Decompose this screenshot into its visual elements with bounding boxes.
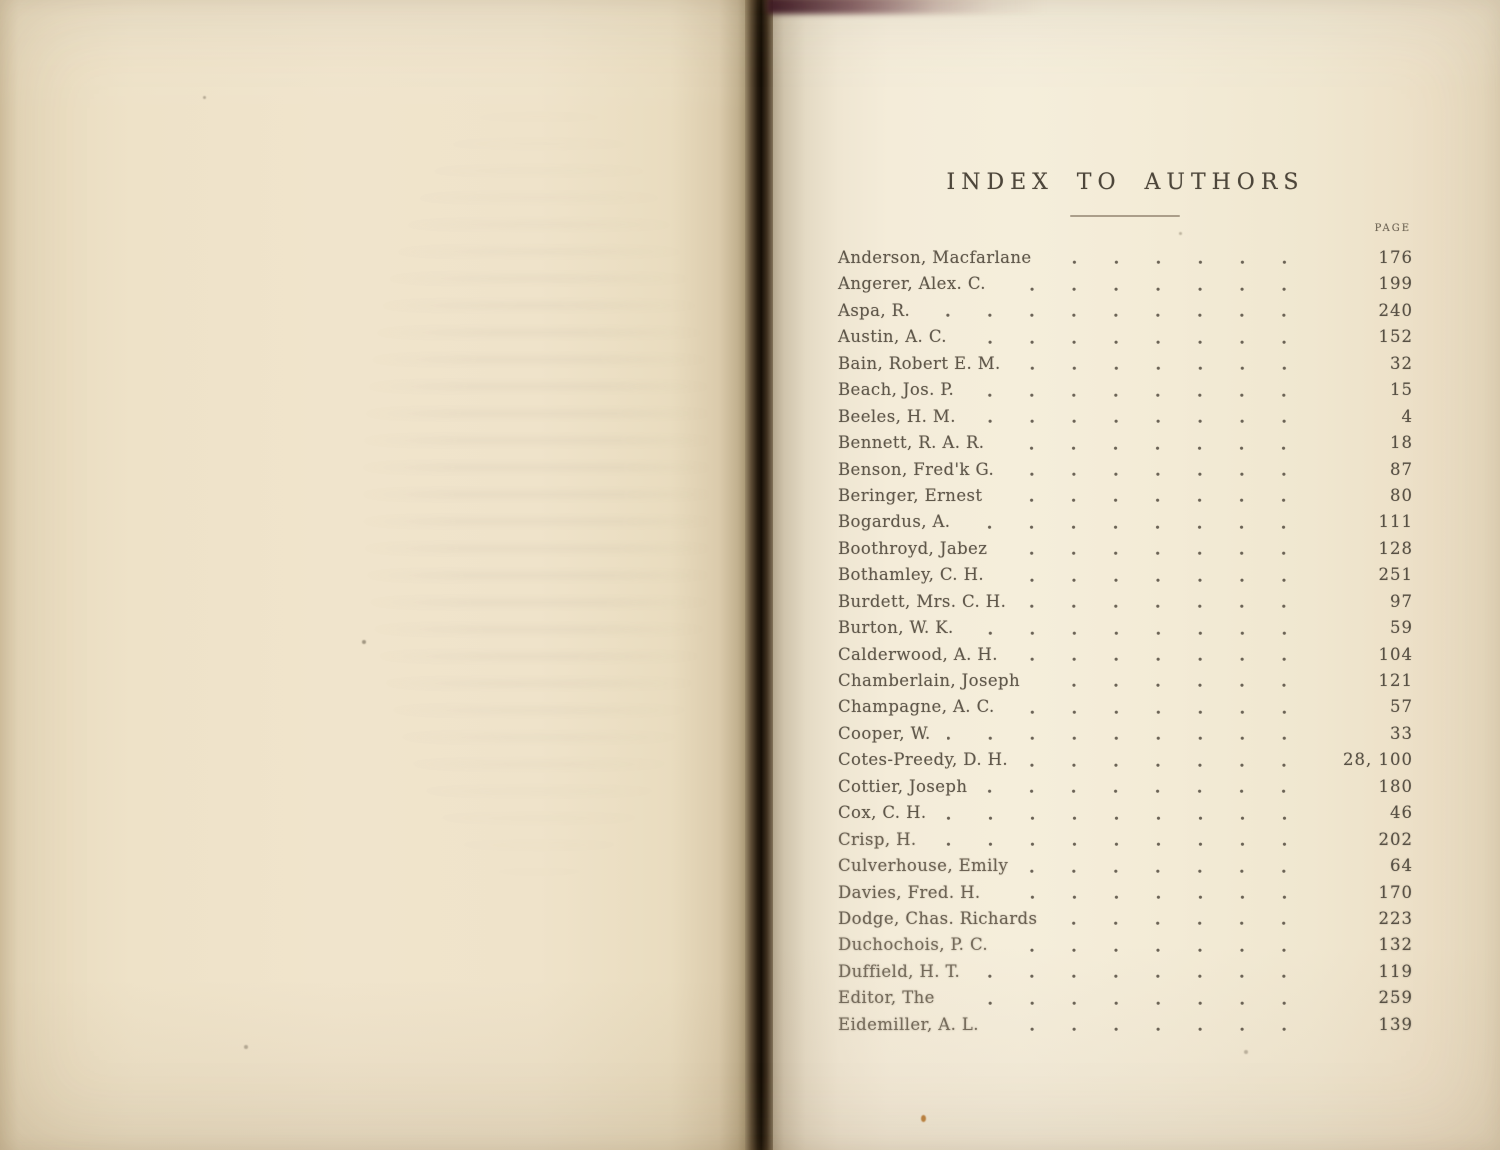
author-name: Bennett, R. A. R. — [838, 430, 984, 456]
author-name: Chamberlain, Joseph — [838, 668, 1020, 694]
dot-leader — [1017, 366, 1323, 371]
author-name: Editor, The — [838, 985, 935, 1011]
page-number: 259 — [1333, 985, 1413, 1011]
author-name: Duchochois, P. C. — [838, 932, 988, 958]
index-entry: Editor, The 259 — [838, 985, 1413, 1011]
right-page: INDEX TO AUTHORS PAGE Anderson, Macfarla… — [773, 0, 1500, 1150]
dot-leader — [972, 419, 1323, 424]
index-entry: Davies, Fred. H. 170 — [838, 880, 1413, 906]
author-name: Dodge, Chas. Richards — [838, 906, 1037, 932]
page-number: 119 — [1333, 959, 1413, 985]
author-name: Cox, C. H. — [838, 800, 927, 826]
author-name: Culverhouse, Emily — [838, 853, 1008, 879]
author-name: Burdett, Mrs. C. H. — [838, 589, 1006, 615]
dot-leader — [1024, 763, 1323, 768]
author-name: Beeles, H. M. — [838, 404, 956, 430]
dot-leader — [943, 816, 1323, 821]
author-name: Aspa, R. — [838, 298, 910, 324]
page-number: 80 — [1333, 483, 1413, 509]
author-name: Duffield, H. T. — [838, 959, 960, 985]
index-entry: Eidemiller, A. L. 139 — [838, 1012, 1413, 1038]
author-name: Anderson, Macfarlane — [838, 245, 1032, 271]
page-number: 28, 100 — [1333, 747, 1413, 773]
index-entry: Dodge, Chas. Richards 223 — [838, 906, 1413, 932]
dot-leader — [1022, 604, 1323, 609]
show-through-ghost-text — [330, 85, 710, 1045]
author-name: Beringer, Ernest — [838, 483, 982, 509]
dot-leader — [1002, 287, 1323, 292]
index-entry: Bogardus, A. 111 — [838, 509, 1413, 535]
author-name: Champagne, A. C. — [838, 694, 995, 720]
page-number: 59 — [1333, 615, 1413, 641]
dot-leader — [995, 1027, 1323, 1032]
page-number: 18 — [1333, 430, 1413, 456]
index-entry: Beringer, Ernest 80 — [838, 483, 1413, 509]
index-entry: Bennett, R. A. R. 18 — [838, 430, 1413, 456]
index-entry: Chamberlain, Joseph 121 — [838, 668, 1413, 694]
index-entry: Culverhouse, Emily 64 — [838, 853, 1413, 879]
book-gutter — [745, 0, 773, 1150]
page-number: 132 — [1333, 932, 1413, 958]
dot-leader — [998, 498, 1323, 503]
dot-leader — [966, 525, 1323, 530]
author-name: Eidemiller, A. L. — [838, 1012, 979, 1038]
dot-leader — [997, 895, 1323, 900]
dot-leader — [1014, 657, 1323, 662]
author-name: Boothroyd, Jabez — [838, 536, 987, 562]
page-number: 176 — [1333, 245, 1413, 271]
author-name: Benson, Fred'k G. — [838, 457, 994, 483]
dot-leader — [1036, 683, 1323, 688]
author-name: Bain, Robert E. M. — [838, 351, 1001, 377]
page-number: 139 — [1333, 1012, 1413, 1038]
page-number: 33 — [1333, 721, 1413, 747]
dot-leader — [983, 789, 1323, 794]
page-number: 64 — [1333, 853, 1413, 879]
author-name: Bothamley, C. H. — [838, 562, 984, 588]
page-number: 32 — [1333, 351, 1413, 377]
page-number: 87 — [1333, 457, 1413, 483]
index-entry: Aspa, R. 240 — [838, 298, 1413, 324]
author-name: Cotes-Preedy, D. H. — [838, 747, 1008, 773]
index-list: Anderson, Macfarlane 176 Angerer, Alex. … — [838, 245, 1413, 1038]
title-rule — [1070, 215, 1180, 217]
index-entry: Cox, C. H. 46 — [838, 800, 1413, 826]
dot-leader — [1000, 578, 1323, 583]
page-number: 121 — [1333, 668, 1413, 694]
page-number: 111 — [1333, 509, 1413, 535]
author-name: Crisp, H. — [838, 827, 917, 853]
dot-leader — [1011, 710, 1323, 715]
dot-leader — [963, 340, 1323, 345]
author-name: Angerer, Alex. C. — [838, 271, 986, 297]
page-number: 4 — [1333, 404, 1413, 430]
book-spread: INDEX TO AUTHORS PAGE Anderson, Macfarla… — [0, 0, 1500, 1150]
page-number: 152 — [1333, 324, 1413, 350]
foxing-speck — [1244, 1050, 1248, 1054]
index-entry: Champagne, A. C. 57 — [838, 694, 1413, 720]
foxing-speck — [921, 1115, 926, 1122]
index-title: INDEX TO AUTHORS — [838, 170, 1413, 195]
index-entry: Burdett, Mrs. C. H. 97 — [838, 589, 1413, 615]
foxing-speck — [244, 1045, 248, 1049]
index-entry: Benson, Fred'k G. 87 — [838, 457, 1413, 483]
page-number: 180 — [1333, 774, 1413, 800]
foxing-speck — [1179, 232, 1182, 235]
author-name: Beach, Jos. P. — [838, 377, 954, 403]
index-entry: Crisp, H. 202 — [838, 827, 1413, 853]
page-number: 15 — [1333, 377, 1413, 403]
page-column-header: PAGE — [838, 223, 1411, 234]
author-name: Davies, Fred. H. — [838, 880, 981, 906]
index-entry: Austin, A. C. 152 — [838, 324, 1413, 350]
page-number: 170 — [1333, 880, 1413, 906]
left-page — [0, 0, 745, 1150]
dot-leader — [970, 393, 1323, 398]
dot-leader — [1000, 446, 1323, 451]
author-name: Cottier, Joseph — [838, 774, 967, 800]
page-number: 202 — [1333, 827, 1413, 853]
index-entry: Beeles, H. M. 4 — [838, 404, 1413, 430]
index-entry: Boothroyd, Jabez 128 — [838, 536, 1413, 562]
page-number: 46 — [1333, 800, 1413, 826]
page-number: 128 — [1333, 536, 1413, 562]
page-number: 223 — [1333, 906, 1413, 932]
author-name: Calderwood, A. H. — [838, 642, 998, 668]
index-entry: Burton, W. K. 59 — [838, 615, 1413, 641]
index-entry: Cottier, Joseph 180 — [838, 774, 1413, 800]
author-name: Cooper, W. — [838, 721, 931, 747]
page-number: 199 — [1333, 271, 1413, 297]
index-entry: Cooper, W. 33 — [838, 721, 1413, 747]
page-number: 97 — [1333, 589, 1413, 615]
index-entry: Bothamley, C. H. 251 — [838, 562, 1413, 588]
index-entry: Duchochois, P. C. 132 — [838, 932, 1413, 958]
dot-leader — [976, 974, 1323, 979]
page-number: 251 — [1333, 562, 1413, 588]
page-number: 57 — [1333, 694, 1413, 720]
foxing-speck — [362, 640, 366, 644]
index-entry: Beach, Jos. P. 15 — [838, 377, 1413, 403]
dot-leader — [1003, 551, 1323, 556]
foxing-speck — [203, 96, 206, 99]
dot-leader — [1004, 948, 1323, 953]
dot-leader — [1048, 260, 1323, 265]
dot-leader — [1010, 472, 1323, 477]
index-entry: Anderson, Macfarlane 176 — [838, 245, 1413, 271]
index-entry: Duffield, H. T. 119 — [838, 959, 1413, 985]
dot-leader — [926, 313, 1323, 318]
dot-leader — [970, 631, 1323, 636]
index-entry: Angerer, Alex. C. 199 — [838, 271, 1413, 297]
index-entry: Calderwood, A. H. 104 — [838, 642, 1413, 668]
dot-leader — [951, 1001, 1323, 1006]
index-entry: Cotes-Preedy, D. H. 28, 100 — [838, 747, 1413, 773]
index-entry: Bain, Robert E. M. 32 — [838, 351, 1413, 377]
author-name: Austin, A. C. — [838, 324, 947, 350]
dot-leader — [933, 842, 1323, 847]
author-name: Bogardus, A. — [838, 509, 950, 535]
page-number: 104 — [1333, 642, 1413, 668]
page-number: 240 — [1333, 298, 1413, 324]
dot-leader — [1024, 869, 1323, 874]
cover-edge-smudge — [767, 0, 1047, 14]
author-name: Burton, W. K. — [838, 615, 954, 641]
dot-leader — [947, 736, 1323, 741]
dot-leader — [1053, 921, 1323, 926]
